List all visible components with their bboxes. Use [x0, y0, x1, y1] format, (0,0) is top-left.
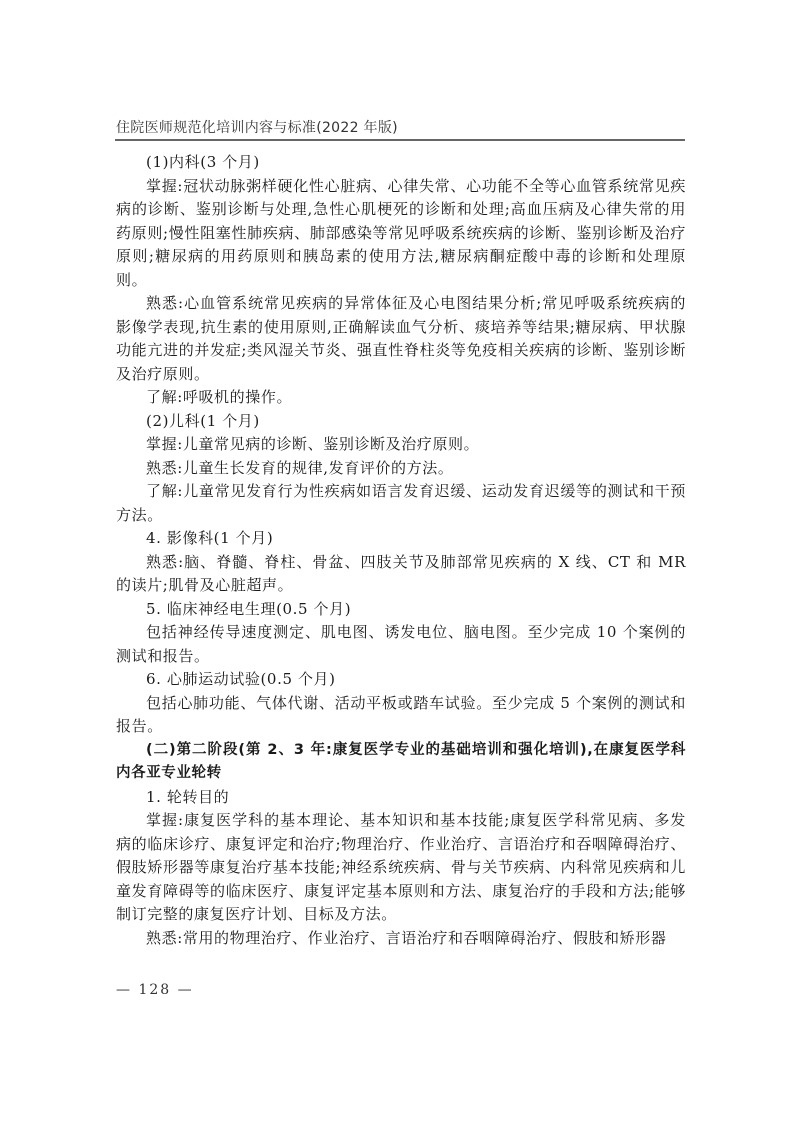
subsection-heading-neurophysiology: 5. 临床神经电生理(0.5 个月) [116, 598, 686, 622]
paragraph-body: 包括心肺功能、气体代谢、活动平板或踏车试验。至少完成 5 个案例的测试和报告。 [116, 692, 686, 739]
paragraph-familiar: 熟悉:常用的物理治疗、作业治疗、言语治疗和吞咽障碍治疗、假肢和矫形器 [116, 927, 686, 951]
paragraph-familiar: 熟悉:脑、脊髓、脊柱、骨盆、四肢关节及肺部常见疾病的 X 线、CT 和 MR 的… [116, 551, 686, 598]
paragraph-familiar: 熟悉:心血管系统常见疾病的异常体征及心电图结果分析;常见呼吸系统疾病的影像学表现… [116, 292, 686, 386]
subsection-heading-pediatrics: (2)儿科(1 个月) [116, 410, 686, 434]
header-rule [115, 139, 685, 141]
subsection-heading-imaging: 4. 影像科(1 个月) [116, 527, 686, 551]
paragraph-master: 掌握:冠状动脉粥样硬化性心脏病、心律失常、心功能不全等心血管系统常见疾病的诊断、… [116, 175, 686, 293]
running-header: 住院医师规范化培训内容与标准(2022 年版) [116, 117, 398, 137]
paragraph-understand: 了解:呼吸机的操作。 [116, 386, 686, 410]
subsection-heading-cardiopulmonary: 6. 心肺运动试验(0.5 个月) [116, 668, 686, 692]
subsection-heading-rotation-goal: 1. 轮转目的 [116, 786, 686, 810]
paragraph-master: 掌握:儿童常见病的诊断、鉴别诊断及治疗原则。 [116, 433, 686, 457]
body-text: (1)内科(3 个月) 掌握:冠状动脉粥样硬化性心脏病、心律失常、心功能不全等心… [116, 151, 686, 950]
page-number: — 128 — [116, 982, 194, 998]
subsection-heading-internal-medicine: (1)内科(3 个月) [116, 151, 686, 175]
section-heading-stage-two: (二)第二阶段(第 2、3 年:康复医学专业的基础培训和强化培训),在康复医学科… [116, 739, 686, 786]
paragraph-body: 包括神经传导速度测定、肌电图、诱发电位、脑电图。至少完成 10 个案例的测试和报… [116, 621, 686, 668]
paragraph-familiar: 熟悉:儿童生长发育的规律,发育评价的方法。 [116, 457, 686, 481]
paragraph-understand: 了解:儿童常见发育行为性疾病如语言发育迟缓、运动发育迟缓等的测试和干预方法。 [116, 480, 686, 527]
paragraph-master: 掌握:康复医学科的基本理论、基本知识和基本技能;康复医学科常见病、多发病的临床诊… [116, 809, 686, 927]
